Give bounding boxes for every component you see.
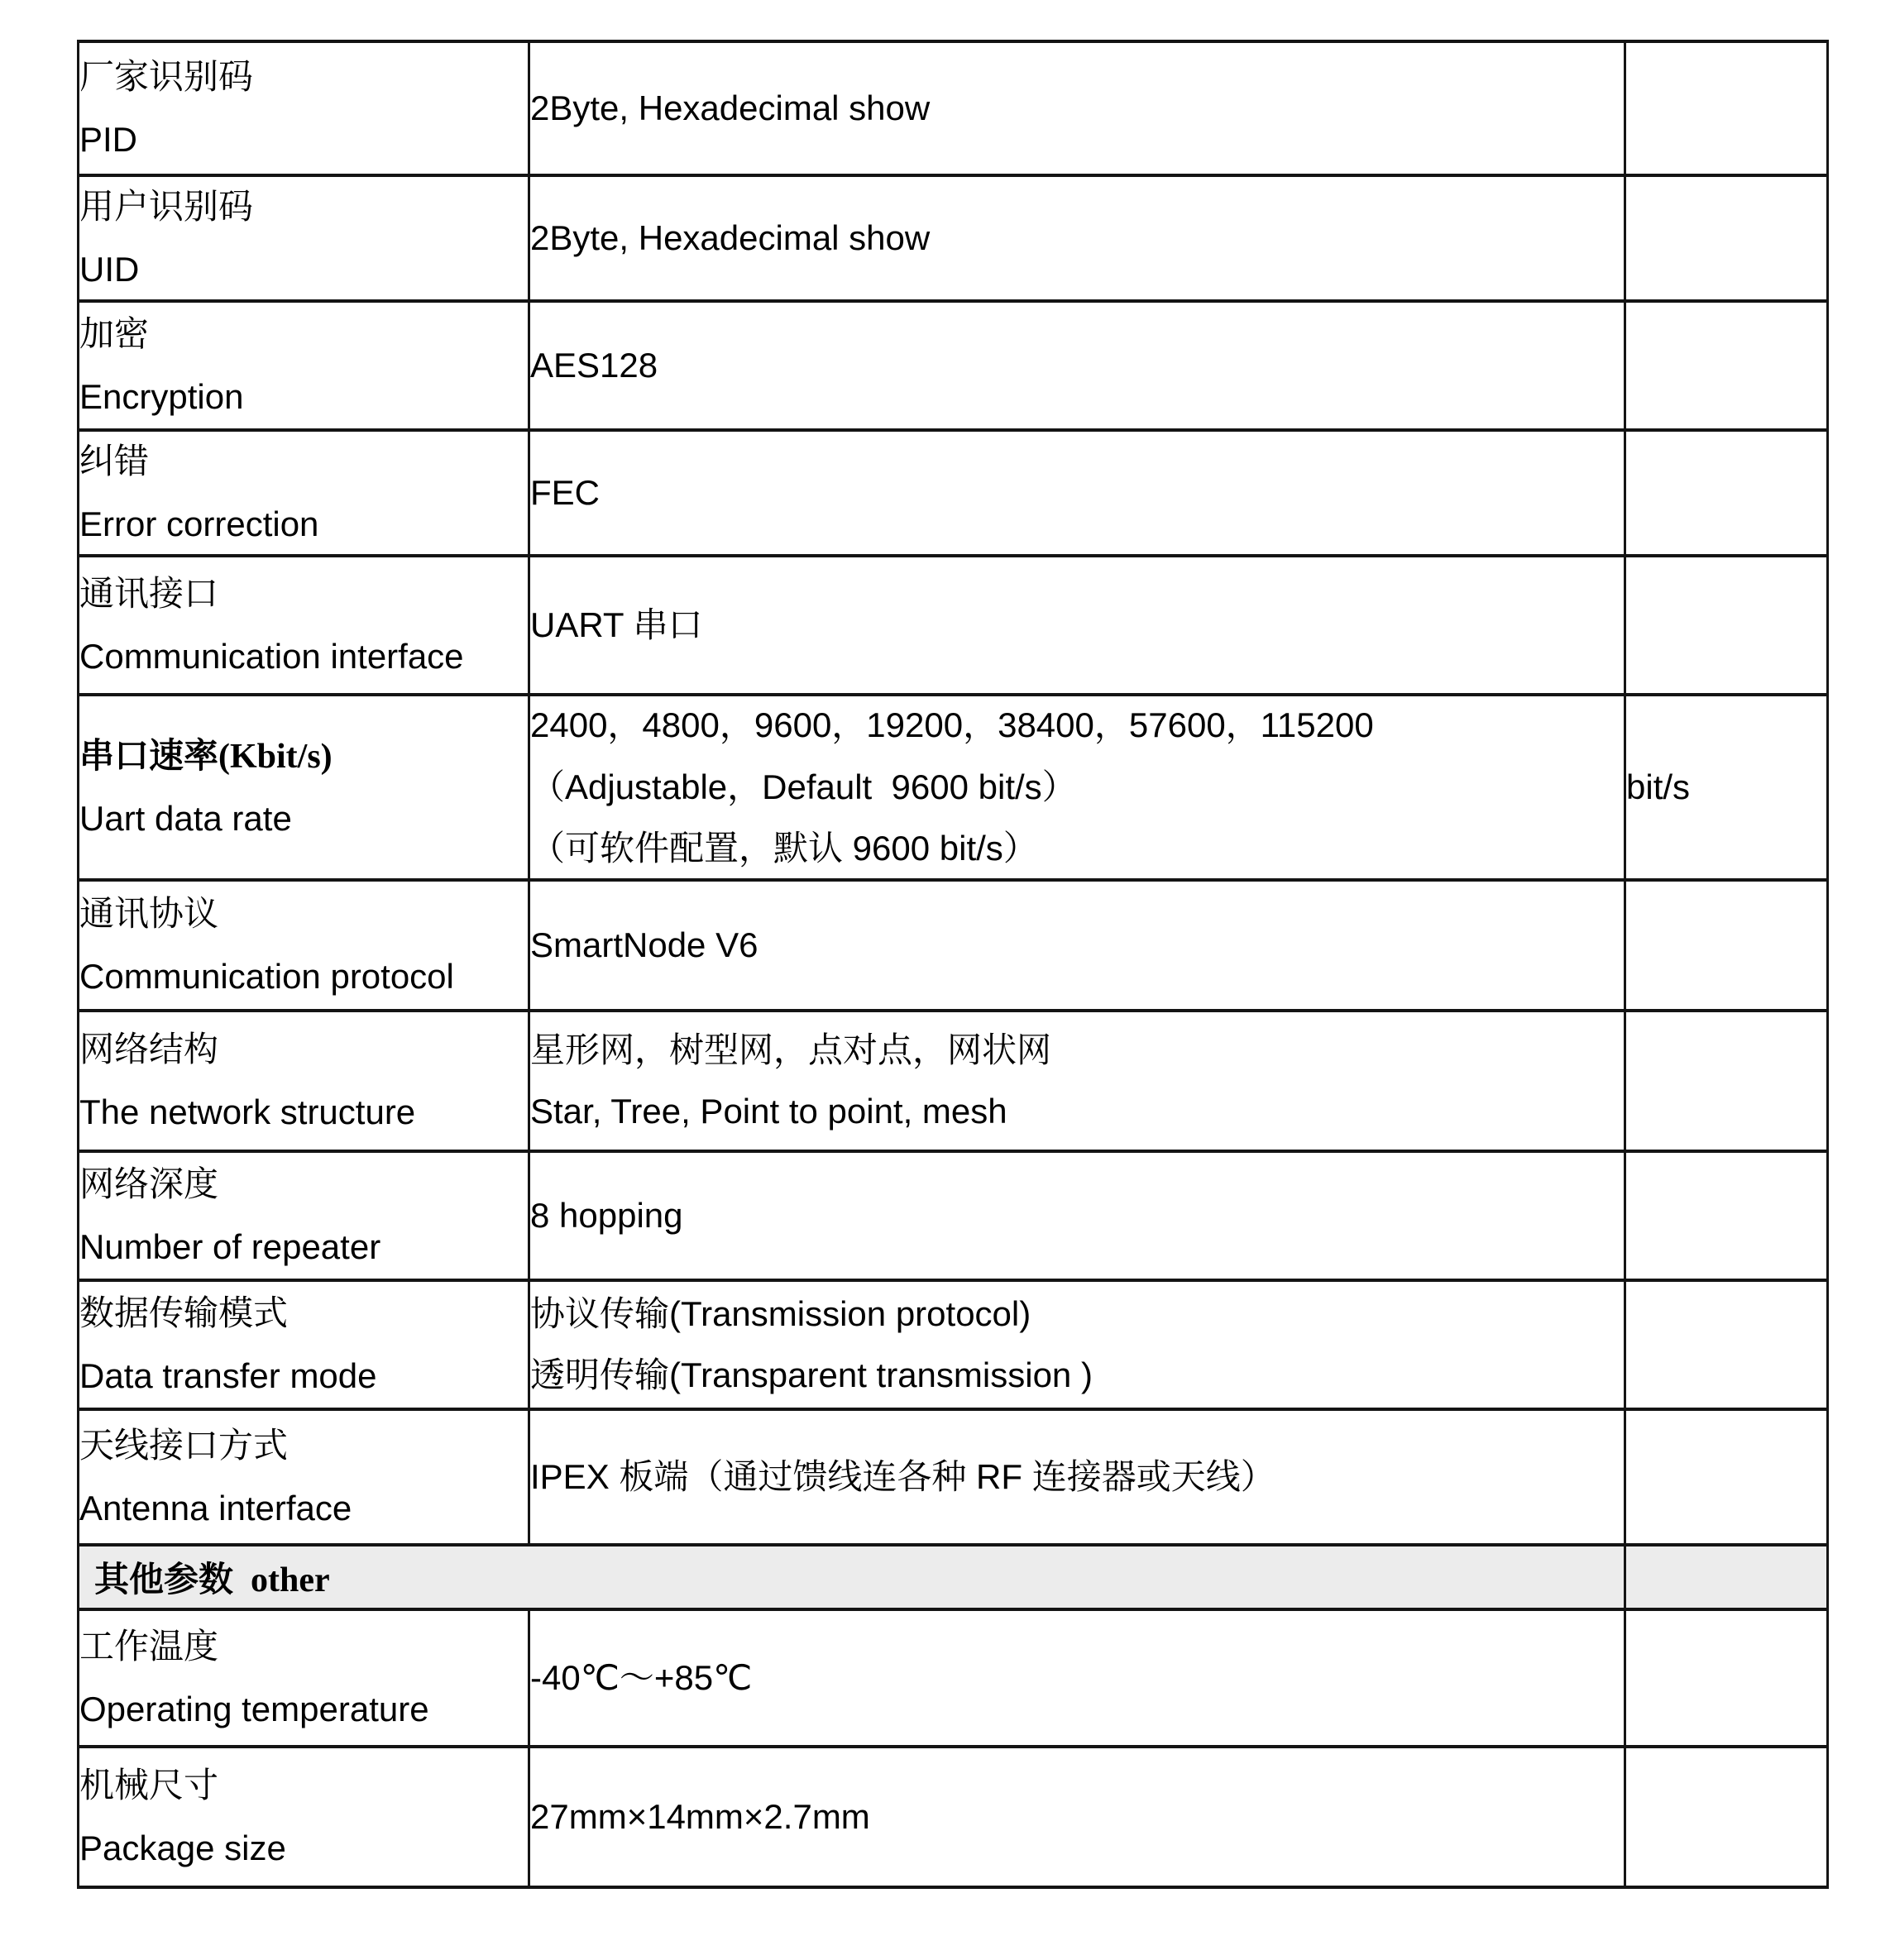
row-label-zh: 网络结构 bbox=[79, 1030, 528, 1070]
row-label-cell: 厂家识别码 PID bbox=[79, 41, 529, 175]
row-unit-cell bbox=[1625, 41, 1828, 175]
row-unit-cell bbox=[1625, 556, 1828, 695]
section-header-unit-cell bbox=[1625, 1545, 1828, 1609]
row-label-en: Operating temperature bbox=[79, 1690, 528, 1728]
row-label-en: Communication interface bbox=[79, 638, 528, 676]
row-label-en: Encryption bbox=[79, 378, 528, 416]
row-label-zh: 厂家识别码 bbox=[79, 58, 528, 98]
row-value-line: 协议传输(Transmission protocol) bbox=[530, 1293, 1624, 1335]
section-header-cell: 其他参数 other bbox=[79, 1545, 1625, 1609]
row-unit-cell bbox=[1625, 1409, 1828, 1545]
section-header-row: 其他参数 other bbox=[79, 1545, 1828, 1609]
row-unit-cell bbox=[1625, 175, 1828, 301]
row-value-line: 2Byte, Hexadecimal show bbox=[530, 88, 1624, 129]
row-label-en: The network structure bbox=[79, 1093, 528, 1131]
row-label-cell: 机械尺寸 Package size bbox=[79, 1747, 529, 1887]
row-label-zh: 数据传输模式 bbox=[79, 1294, 528, 1334]
row-value-line: SmartNode V6 bbox=[530, 925, 1624, 966]
row-unit-cell: bit/s bbox=[1625, 695, 1828, 880]
row-label-cell: 数据传输模式 Data transfer mode bbox=[79, 1280, 529, 1409]
table-row-network-depth: 网络深度 Number of repeater 8 hopping bbox=[79, 1151, 1828, 1280]
row-label-en: Communication protocol bbox=[79, 958, 528, 996]
row-label-zh: 网络深度 bbox=[79, 1165, 528, 1205]
row-value-cell: IPEX 板端（通过馈线连各种 RF 连接器或天线） bbox=[529, 1409, 1625, 1545]
row-value-cell: UART 串口 bbox=[529, 556, 1625, 695]
section-title: 其他参数 other bbox=[79, 1552, 1624, 1602]
row-label-en: Error correction bbox=[79, 505, 528, 543]
table-row-uid: 用户识别码 UID 2Byte, Hexadecimal show bbox=[79, 175, 1828, 301]
row-unit-cell bbox=[1625, 1151, 1828, 1280]
row-label-cell: 网络结构 The network structure bbox=[79, 1011, 529, 1151]
row-unit-cell bbox=[1625, 1747, 1828, 1887]
row-label-zh: 机械尺寸 bbox=[79, 1766, 528, 1806]
row-label-zh: 通讯接口 bbox=[79, 575, 528, 614]
row-label-zh: 工作温度 bbox=[79, 1628, 528, 1667]
row-value-cell: FEC bbox=[529, 430, 1625, 556]
row-label-zh: 天线接口方式 bbox=[79, 1427, 528, 1466]
row-value-line: 透明传输(Transparent transmission ) bbox=[530, 1355, 1624, 1396]
table-row-comm-protocol: 通讯协议 Communication protocol SmartNode V6 bbox=[79, 880, 1828, 1011]
document-page: 厂家识别码 PID 2Byte, Hexadecimal show 用户识别码 … bbox=[0, 0, 1895, 1960]
row-value-cell: 2Byte, Hexadecimal show bbox=[529, 175, 1625, 301]
row-value-cell: SmartNode V6 bbox=[529, 880, 1625, 1011]
row-unit-cell bbox=[1625, 301, 1828, 430]
row-label-zh: 加密 bbox=[79, 315, 528, 355]
row-value-line: -40℃～+85℃ bbox=[530, 1657, 1624, 1699]
row-label-zh: 通讯协议 bbox=[79, 895, 528, 935]
row-value-cell: -40℃～+85℃ bbox=[529, 1609, 1625, 1747]
row-value-line: UART 串口 bbox=[530, 605, 1624, 646]
row-value-line: AES128 bbox=[530, 345, 1624, 386]
row-label-zh: 纠错 bbox=[79, 442, 528, 482]
row-label-cell: 串口速率(Kbit/s) Uart data rate bbox=[79, 695, 529, 880]
row-label-cell: 天线接口方式 Antenna interface bbox=[79, 1409, 529, 1545]
row-label-cell: 纠错 Error correction bbox=[79, 430, 529, 556]
row-label-en: Uart data rate bbox=[79, 800, 528, 838]
row-value-cell: 27mm×14mm×2.7mm bbox=[529, 1747, 1625, 1887]
row-label-en: Package size bbox=[79, 1829, 528, 1867]
row-value-cell: 协议传输(Transmission protocol) 透明传输(Transpa… bbox=[529, 1280, 1625, 1409]
row-value-line: 星形网，树型网，点对点，网状网 bbox=[530, 1030, 1624, 1071]
row-label-cell: 网络深度 Number of repeater bbox=[79, 1151, 529, 1280]
table-row-encryption: 加密 Encryption AES128 bbox=[79, 301, 1828, 430]
table-row-package-size: 机械尺寸 Package size 27mm×14mm×2.7mm bbox=[79, 1747, 1828, 1887]
row-value-line: 2Byte, Hexadecimal show bbox=[530, 218, 1624, 259]
row-unit-cell bbox=[1625, 1011, 1828, 1151]
row-value-cell: 2Byte, Hexadecimal show bbox=[529, 41, 1625, 175]
row-label-cell: 通讯接口 Communication interface bbox=[79, 556, 529, 695]
row-value-cell: 星形网，树型网，点对点，网状网 Star, Tree, Point to poi… bbox=[529, 1011, 1625, 1151]
row-label-en: PID bbox=[79, 121, 528, 159]
row-label-cell: 用户识别码 UID bbox=[79, 175, 529, 301]
row-value-line: FEC bbox=[530, 472, 1624, 514]
row-value-line: （Adjustable，Default 9600 bit/s） bbox=[530, 767, 1624, 808]
row-label-cell: 通讯协议 Communication protocol bbox=[79, 880, 529, 1011]
row-label-zh: 用户识别码 bbox=[79, 188, 528, 227]
spec-table: 厂家识别码 PID 2Byte, Hexadecimal show 用户识别码 … bbox=[77, 40, 1829, 1889]
table-row-network-structure: 网络结构 The network structure 星形网，树型网，点对点，网… bbox=[79, 1011, 1828, 1151]
row-unit-cell bbox=[1625, 1280, 1828, 1409]
row-value-line: IPEX 板端（通过馈线连各种 RF 连接器或天线） bbox=[530, 1456, 1624, 1498]
table-row-pid: 厂家识别码 PID 2Byte, Hexadecimal show bbox=[79, 41, 1828, 175]
row-value-cell: 8 hopping bbox=[529, 1151, 1625, 1280]
table-row-uart-rate: 串口速率(Kbit/s) Uart data rate 2400，4800，96… bbox=[79, 695, 1828, 880]
table-row-operating-temperature: 工作温度 Operating temperature -40℃～+85℃ bbox=[79, 1609, 1828, 1747]
row-value-line: （可软件配置，默认 9600 bit/s） bbox=[530, 828, 1624, 869]
row-label-cell: 加密 Encryption bbox=[79, 301, 529, 430]
table-row-antenna-interface: 天线接口方式 Antenna interface IPEX 板端（通过馈线连各种… bbox=[79, 1409, 1828, 1545]
row-label-cell: 工作温度 Operating temperature bbox=[79, 1609, 529, 1747]
row-value-line: 8 hopping bbox=[530, 1195, 1624, 1236]
row-label-zh: 串口速率(Kbit/s) bbox=[79, 737, 528, 777]
row-label-en: Antenna interface bbox=[79, 1489, 528, 1527]
row-unit-cell bbox=[1625, 430, 1828, 556]
table-row-error-correction: 纠错 Error correction FEC bbox=[79, 430, 1828, 556]
table-row-data-transfer-mode: 数据传输模式 Data transfer mode 协议传输(Transmiss… bbox=[79, 1280, 1828, 1409]
row-label-en: UID bbox=[79, 251, 528, 289]
row-unit-cell bbox=[1625, 1609, 1828, 1747]
row-label-en: Data transfer mode bbox=[79, 1357, 528, 1395]
row-value-cell: AES128 bbox=[529, 301, 1625, 430]
row-value-line: 27mm×14mm×2.7mm bbox=[530, 1796, 1624, 1838]
row-value-cell: 2400，4800，9600，19200，38400，57600，115200 … bbox=[529, 695, 1625, 880]
table-row-comm-interface: 通讯接口 Communication interface UART 串口 bbox=[79, 556, 1828, 695]
row-unit-cell bbox=[1625, 880, 1828, 1011]
row-label-en: Number of repeater bbox=[79, 1228, 528, 1266]
row-value-line: 2400，4800，9600，19200，38400，57600，115200 bbox=[530, 705, 1624, 746]
row-value-line: Star, Tree, Point to point, mesh bbox=[530, 1091, 1624, 1132]
